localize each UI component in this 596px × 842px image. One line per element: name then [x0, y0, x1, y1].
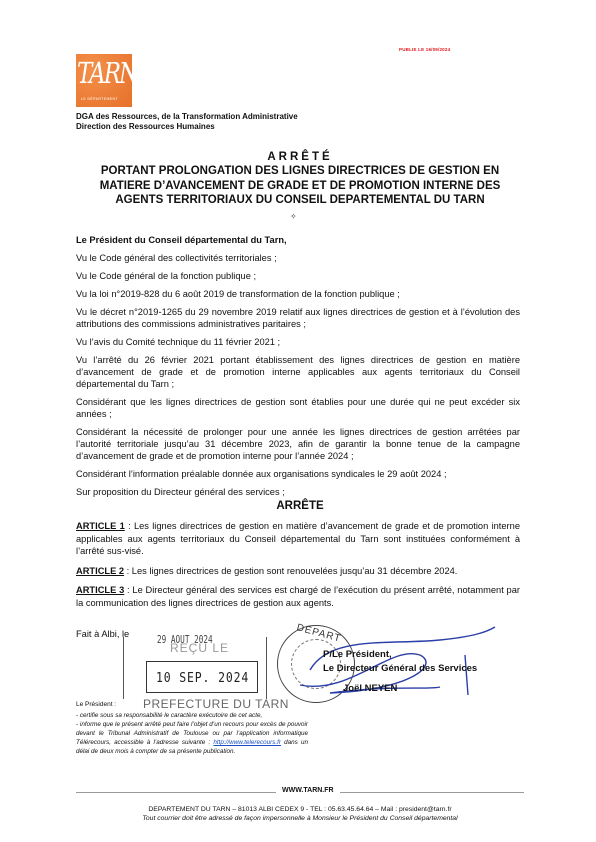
article-label: ARTICLE 1: [76, 521, 125, 531]
preamble: Le Président du Conseil départemental du…: [76, 234, 520, 504]
footer-address: DEPARTEMENT DU TARN – 81013 ALBI CEDEX 9…: [70, 805, 530, 814]
logo-word: TARN: [77, 58, 137, 91]
preamble-paragraph: Vu l’arrêté du 26 février 2021 portant é…: [76, 354, 520, 390]
publication-stamp: PUBLIE LE 16/09/2024: [399, 47, 450, 52]
separator-icon: ✧: [290, 212, 297, 221]
department-line1: DGA des Ressources, de la Transformation…: [76, 112, 298, 122]
telerecours-link[interactable]: http://www.telerecours.fr: [213, 739, 281, 746]
article-label: ARTICLE 3: [76, 585, 124, 595]
preamble-paragraph: Vu la loi n°2019-828 du 6 août 2019 de t…: [76, 288, 520, 300]
decision-heading: ARRÊTE: [70, 500, 530, 512]
footer-divider: [76, 792, 276, 793]
department-line2: Direction des Ressources Humaines: [76, 122, 298, 132]
notice-lead: Le Président :: [76, 701, 116, 708]
document-subtitle: PORTANT PROLONGATION DES LIGNES DIRECTRI…: [70, 164, 530, 208]
footer-note: Tout courrier doit être adressé de façon…: [70, 814, 530, 823]
article-text: : Les lignes directrices de gestion sont…: [124, 566, 457, 576]
reception-authority: PREFECTURE DU TARN: [143, 697, 289, 711]
signatory-block: P/Le Président, Le Directeur Général des…: [323, 648, 477, 696]
logo-subtitle: LE DÉPARTEMENT: [81, 97, 118, 101]
preamble-paragraph: Vu l’avis du Comité technique du 11 févr…: [76, 336, 520, 348]
preamble-paragraph: Considérant la nécessité de prolonger po…: [76, 426, 520, 462]
signatory-name: Joël NEYEN: [343, 682, 477, 696]
article-1: ARTICLE 1 : Les lignes directrices de ge…: [76, 520, 520, 558]
preamble-lead: Le Président du Conseil départemental du…: [76, 234, 520, 246]
legal-notice: - certifie sous sa responsabilité le car…: [76, 711, 308, 756]
reception-date: 10 SEP. 2024: [156, 670, 249, 686]
department-header: DGA des Ressources, de la Transformation…: [76, 112, 298, 132]
article-2: ARTICLE 2 : Les lignes directrices de ge…: [76, 565, 520, 578]
footer-divider: [340, 792, 524, 793]
notice-line1: - certifie sous sa responsabilité le car…: [76, 711, 308, 720]
tarn-logo: TARN LE DÉPARTEMENT: [76, 54, 132, 107]
subtitle-line: AGENTS TERRITORIAUX DU CONSEIL DEPARTEME…: [70, 193, 530, 208]
article-text: : Le Directeur général des services est …: [76, 585, 520, 608]
preamble-paragraph: Considérant que les lignes directrices d…: [76, 396, 520, 420]
article-3: ARTICLE 3 : Le Directeur général des ser…: [76, 584, 520, 609]
preamble-paragraph: Vu le Code général des collectivités ter…: [76, 252, 520, 264]
preamble-paragraph: Considérant l’information préalable donn…: [76, 468, 520, 480]
article-label: ARTICLE 2: [76, 566, 124, 576]
signatory-line2: Le Directeur Général des Services: [323, 662, 477, 676]
signatory-line1: P/Le Président,: [323, 648, 477, 662]
subtitle-line: PORTANT PROLONGATION DES LIGNES DIRECTRI…: [70, 164, 530, 179]
preamble-paragraph: Vu le décret n°2019-1265 du 29 novembre …: [76, 306, 520, 330]
footer-website: WWW.TARN.FR: [282, 787, 334, 794]
subtitle-line: MATIERE D’AVANCEMENT DE GRADE ET DE PROM…: [70, 179, 530, 194]
article-text: : Les lignes directrices de gestion en m…: [76, 521, 520, 556]
notice-line2: - informe que le présent arrêté peut fai…: [76, 720, 308, 756]
document-title: ARRÊTÉ: [70, 151, 530, 163]
preamble-paragraph: Sur proposition du Directeur général des…: [76, 486, 520, 498]
footer-address-block: DEPARTEMENT DU TARN – 81013 ALBI CEDEX 9…: [70, 805, 530, 823]
reception-stamp-label: REÇU LE: [170, 641, 229, 655]
signing-place: Fait à Albi, le: [76, 629, 129, 639]
articles: ARTICLE 1 : Les lignes directrices de ge…: [76, 520, 520, 616]
preamble-paragraph: Vu le Code général de la fonction publiq…: [76, 270, 520, 282]
